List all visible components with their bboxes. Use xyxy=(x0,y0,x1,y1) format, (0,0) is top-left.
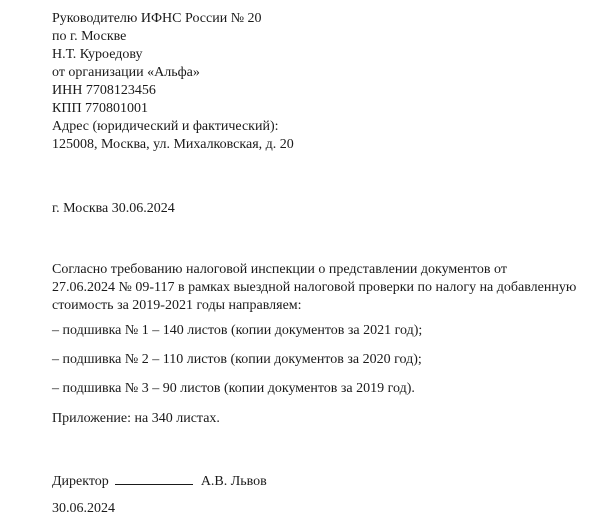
sign-date: 30.06.2024 xyxy=(52,500,115,518)
signature-name: А.В. Львов xyxy=(201,474,267,489)
sender-address: 125008, Москва, ул. Михалковская, д. 20 xyxy=(52,136,294,154)
attachment-note: Приложение: на 340 листах. xyxy=(52,410,220,428)
sender-inn: ИНН 7708123456 xyxy=(52,82,294,100)
sender-kpp: КПП 770801001 xyxy=(52,100,294,118)
body-line: стоимость за 2019-2021 годы направляем: xyxy=(52,297,572,315)
addressee-recipient-city: по г. Москве xyxy=(52,28,294,46)
sender-organization: от организации «Альфа» xyxy=(52,64,294,82)
binding-item-2: – подшивка № 2 – 110 листов (копии докум… xyxy=(52,351,422,369)
body-line: 27.06.2024 № 09-117 в рамках выездной на… xyxy=(52,279,572,297)
addressee-recipient-title: Руководителю ИФНС России № 20 xyxy=(52,10,294,28)
sender-address-label: Адрес (юридический и фактический): xyxy=(52,118,294,136)
binding-item-1: – подшивка № 1 – 140 листов (копии докум… xyxy=(52,322,422,340)
body-line: Согласно требованию налоговой инспекции … xyxy=(52,261,572,279)
binding-item-3: – подшивка № 3 – 90 листов (копии докуме… xyxy=(52,380,415,398)
signature-blank-line xyxy=(115,472,193,485)
place-and-date: г. Москва 30.06.2024 xyxy=(52,200,175,218)
letter-body: Согласно требованию налоговой инспекции … xyxy=(52,261,572,315)
signature-row: ДиректорА.В. Львов xyxy=(52,472,267,490)
addressee-block: Руководителю ИФНС России № 20 по г. Моск… xyxy=(52,10,294,154)
addressee-recipient-name: Н.Т. Куроедову xyxy=(52,46,294,64)
signature-position: Директор xyxy=(52,474,109,489)
letter-document: Руководителю ИФНС России № 20 по г. Моск… xyxy=(0,0,600,524)
